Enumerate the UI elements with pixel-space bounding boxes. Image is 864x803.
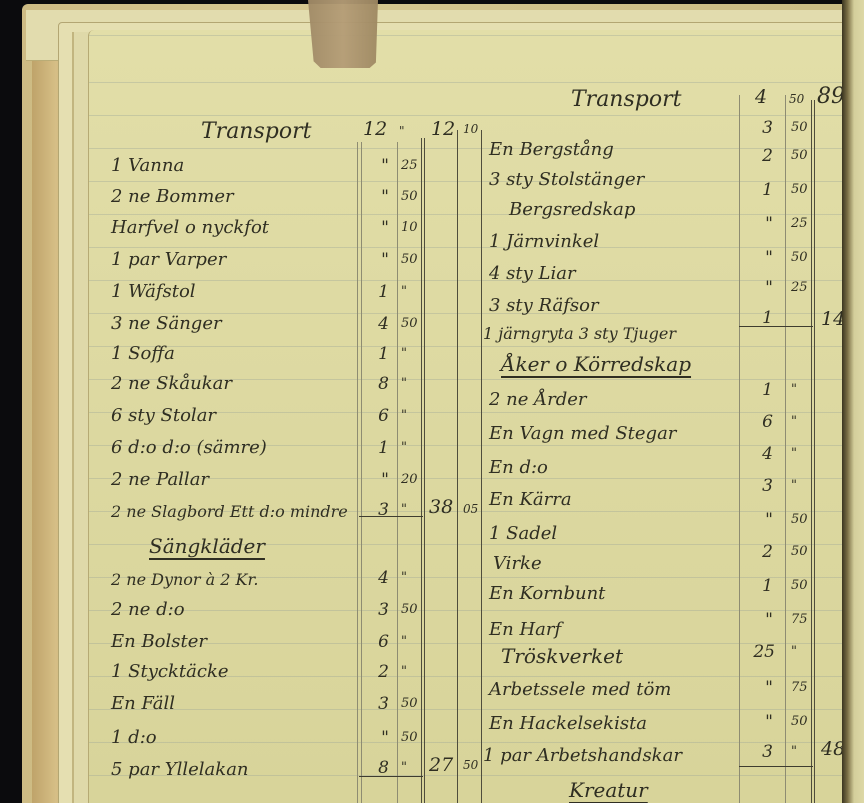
- ledger-item: 2 ne Pallar: [111, 466, 209, 494]
- item-ore: ": [401, 664, 407, 679]
- item-ore: 50: [401, 189, 418, 204]
- ledger-item: 1 Vanna: [111, 152, 184, 180]
- item-kr: 3: [369, 500, 389, 520]
- item-kr: 1: [753, 576, 773, 596]
- ledger-item: 1 Sadel: [489, 520, 557, 548]
- item-kr: 4: [753, 444, 773, 464]
- ledger-item: Tröskverket: [501, 642, 623, 670]
- ledger-item: Bergsredskap: [509, 196, 635, 224]
- left-total-kr: 12: [431, 118, 455, 140]
- ledger-item: 2 ne d:o: [111, 596, 185, 624]
- item-ore: 50: [401, 602, 418, 617]
- item-kr: ": [753, 278, 773, 298]
- item-kr: 8: [369, 758, 389, 778]
- item-kr: ": [753, 214, 773, 234]
- item-kr: 25: [749, 642, 775, 662]
- item-ore: 50: [791, 120, 808, 135]
- left-total-ore: 10: [463, 122, 478, 136]
- item-ore: ": [791, 446, 797, 461]
- item-ore: 50: [791, 714, 808, 729]
- item-kr: 2: [369, 662, 389, 682]
- item-ore: ": [791, 644, 797, 659]
- ledger-page: Transport 12 " 12 10 1 Vanna " 25 2 ne B…: [88, 30, 845, 803]
- left-kr-ore-rule: [397, 142, 398, 803]
- bookmark-ribbon: [308, 0, 378, 68]
- right-subtotal-line-1: [739, 326, 813, 327]
- ledger-item: 2 ne Dynor à 2 Kr.: [111, 566, 258, 594]
- item-ore: ": [401, 634, 407, 649]
- ledger-item: 2 ne Årder: [489, 386, 587, 414]
- item-kr: 6: [369, 406, 389, 426]
- right-amount-rule: [811, 100, 812, 803]
- item-ore: ": [401, 502, 407, 517]
- item-ore: 50: [401, 316, 418, 331]
- right-total-kr: 89: [817, 84, 845, 109]
- item-ore: ": [401, 284, 407, 299]
- left-subtotal-2-kr: 27: [429, 754, 453, 776]
- item-kr: 6: [753, 412, 773, 432]
- right-kr-rule: [739, 95, 740, 803]
- item-ore: ": [401, 408, 407, 423]
- left-total-ore-rule: [481, 130, 482, 803]
- right-subtotal-line-2: [739, 766, 813, 767]
- item-kr: 3: [753, 742, 773, 762]
- ledger-item: Harfvel o nyckfot: [111, 214, 269, 242]
- ledger-item: 3 ne Sänger: [111, 310, 222, 338]
- item-kr: 1: [369, 282, 389, 302]
- item-kr: 4: [369, 568, 389, 588]
- item-kr: ": [369, 156, 389, 176]
- item-kr: ": [753, 610, 773, 630]
- ledger-item: 1 järngryta 3 sty Tjuger: [483, 320, 676, 348]
- ledger-item: En Harf: [489, 616, 561, 644]
- ledger-item: 3 sty Räfsor: [489, 292, 599, 320]
- item-kr: 1: [369, 438, 389, 458]
- right-transport-label: Transport: [571, 86, 681, 114]
- item-ore: ": [401, 376, 407, 391]
- ledger-item: 1 Järnvinkel: [489, 228, 599, 256]
- item-ore: 75: [791, 680, 808, 695]
- ledger-item: 5 par Yllelakan: [111, 756, 249, 784]
- item-kr: ": [753, 510, 773, 530]
- item-kr: 2: [753, 542, 773, 562]
- ledger-item: En Fäll: [111, 690, 175, 718]
- ledger-item: 3 sty Stolstänger: [489, 166, 644, 194]
- left-carried-kr: 12: [363, 118, 387, 140]
- ledger-item: En Hackelsekista: [489, 710, 647, 738]
- section-heading-aker-korredskap: Åker o Körredskap: [501, 350, 691, 378]
- item-kr: 3: [369, 600, 389, 620]
- item-ore: 50: [791, 544, 808, 559]
- item-kr: 1: [753, 180, 773, 200]
- left-transport-label: Transport: [201, 118, 311, 146]
- left-total-rule: [457, 130, 458, 803]
- ledger-item: En Vagn med Stegar: [489, 420, 676, 448]
- ledger-item: En d:o: [489, 454, 548, 482]
- ledger-item: 1 par Varper: [111, 246, 226, 274]
- ledger-item: 1 par Arbetshandskar: [483, 742, 682, 770]
- item-ore: ": [401, 570, 407, 585]
- item-kr: 1: [753, 380, 773, 400]
- item-ore: ": [791, 478, 797, 493]
- ledger-item: 6 d:o d:o (sämre): [111, 434, 267, 462]
- ledger-item: En Kornbunt: [489, 580, 605, 608]
- right-carried-kr: 4: [755, 86, 767, 108]
- ledger-item: 1 Soffa: [111, 340, 175, 368]
- ledger-item: 1 Wäfstol: [111, 278, 196, 306]
- item-ore: ": [791, 382, 797, 397]
- left-carried-ore: ": [399, 124, 405, 138]
- item-kr: ": [753, 712, 773, 732]
- item-kr: 8: [369, 374, 389, 394]
- item-ore: ": [791, 744, 797, 759]
- item-kr: ": [753, 248, 773, 268]
- item-ore: 50: [401, 252, 418, 267]
- item-kr: 1: [369, 344, 389, 364]
- item-ore: ": [791, 414, 797, 429]
- ledger-item: 6 sty Stolar: [111, 402, 216, 430]
- item-kr: ": [369, 470, 389, 490]
- item-kr: 2: [753, 146, 773, 166]
- book-gutter: [842, 0, 864, 803]
- item-ore: 50: [791, 578, 808, 593]
- ledger-item: 1 d:o: [111, 724, 157, 752]
- left-subtotal-2-ore: 50: [463, 758, 478, 772]
- item-ore: ": [401, 760, 407, 775]
- item-ore: 25: [791, 280, 808, 295]
- ledger-item: 2 ne Slagbord Ett d:o mindre: [111, 498, 348, 526]
- item-ore: 75: [791, 612, 808, 627]
- ledger-item: En Bolster: [111, 628, 207, 656]
- item-ore: 25: [791, 216, 808, 231]
- right-ore-rule: [785, 95, 786, 803]
- ledger-item: 1 Stycktäcke: [111, 658, 229, 686]
- ledger-item: Virke: [493, 550, 542, 578]
- ledger-item: Arbetssele med töm: [489, 676, 671, 704]
- item-ore: 50: [791, 182, 808, 197]
- right-carried-ore: 50: [789, 92, 804, 106]
- item-kr: 6: [369, 632, 389, 652]
- item-kr: 3: [369, 694, 389, 714]
- left-subtotal-1-kr: 38: [429, 496, 453, 518]
- item-kr: ": [369, 218, 389, 238]
- item-kr: ": [753, 678, 773, 698]
- item-kr: 3: [753, 118, 773, 138]
- ledger-item: 2 ne Bommer: [111, 183, 234, 211]
- item-kr: ": [369, 250, 389, 270]
- left-amount-rule-2: [424, 138, 425, 803]
- section-heading-sangklader: Sängkläder: [149, 532, 265, 560]
- item-ore: 10: [401, 220, 418, 235]
- item-ore: ": [401, 440, 407, 455]
- ledger-item: 2 ne Skåukar: [111, 370, 232, 398]
- item-kr: ": [369, 728, 389, 748]
- item-ore: 50: [791, 512, 808, 527]
- item-kr: 4: [369, 314, 389, 334]
- right-amount-rule-2: [814, 100, 815, 803]
- item-ore: ": [401, 346, 407, 361]
- ledger-item: En Bergstång: [489, 136, 614, 164]
- ledger-item: En Kärra: [489, 486, 572, 514]
- item-kr: 1: [753, 308, 773, 328]
- left-margin-rule: [357, 142, 358, 803]
- left-margin-rule-2: [361, 142, 362, 803]
- item-ore: 50: [401, 696, 418, 711]
- item-kr: 3: [753, 476, 773, 496]
- item-ore: 50: [791, 148, 808, 163]
- item-ore: 20: [401, 472, 418, 487]
- item-kr: ": [369, 187, 389, 207]
- left-subtotal-1-ore: 05: [463, 502, 478, 516]
- item-ore: 25: [401, 158, 418, 173]
- ledger-item: 4 sty Liar: [489, 260, 576, 288]
- section-heading-kreatur: Kreatur: [569, 776, 648, 803]
- item-ore: 50: [401, 730, 418, 745]
- item-ore: 50: [791, 250, 808, 265]
- left-amount-rule: [421, 138, 422, 803]
